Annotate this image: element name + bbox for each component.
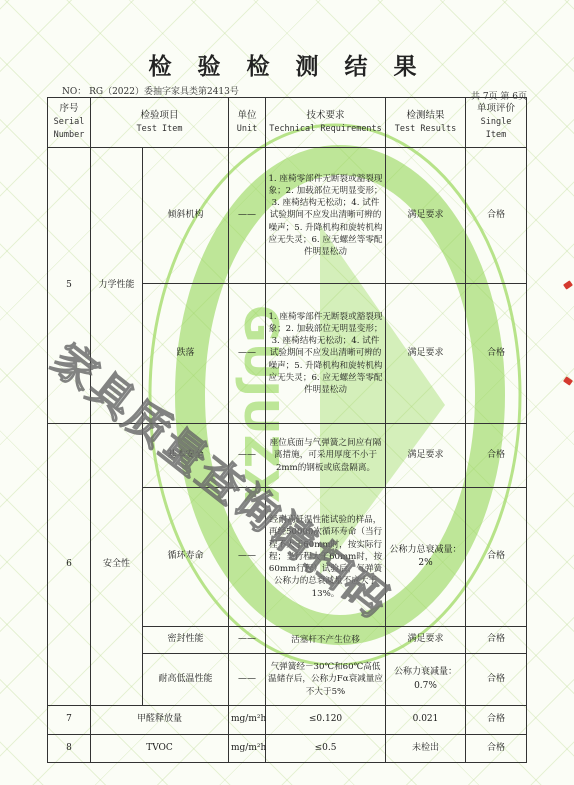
- requirement-cell: ≤0.5: [266, 735, 386, 763]
- requirement-cell: 活塞杆不产生位移: [266, 627, 386, 654]
- unit-cell: ——: [229, 284, 266, 424]
- unit-cell: mg/m²h: [229, 735, 266, 763]
- verdict-cell: 合格: [466, 735, 527, 763]
- header-serial: 序号 Serial Number: [48, 98, 91, 148]
- result-cell: 满足要求: [386, 148, 466, 284]
- category-cell: 安全性: [91, 424, 143, 706]
- serial-cell: 6: [48, 424, 91, 706]
- requirement-cell: 1. 座椅零部件无断裂或豁裂现象；2. 加载部位无明显变形；3. 座椅结构无松动…: [266, 148, 386, 284]
- verdict-cell: 合格: [466, 284, 527, 424]
- test-item-cell: 密封性能: [143, 627, 229, 654]
- serial-cell: 7: [48, 706, 91, 735]
- result-cell: 0.021: [386, 706, 466, 735]
- results-table: 序号 Serial Number 检验项目 Test Item 单位 Unit …: [47, 97, 527, 763]
- requirement-cell: ≤0.120: [266, 706, 386, 735]
- requirement-cell: 经耐高低温性能试验的样品，再经50000次循环寿命（当行程不大于60mm时，按实…: [266, 488, 386, 627]
- header-technical-requirements: 技术要求 Technical Requirements: [266, 98, 386, 148]
- table-row: 8 TVOC mg/m²h ≤0.5 未检出 合格: [48, 735, 527, 763]
- page-title: 检 验 检 测 结 果: [0, 48, 574, 81]
- header-single-item: 单项评价 Single Item: [466, 98, 527, 148]
- table-row: 6 安全性 基本安全 —— 座位底面与气弹簧之间应有隔离措施，可采用厚度不小于2…: [48, 424, 527, 488]
- unit-cell: ——: [229, 488, 266, 627]
- table-row: 7 甲醛释放量 mg/m²h ≤0.120 0.021 合格: [48, 706, 527, 735]
- verdict-cell: 合格: [466, 706, 527, 735]
- report-number: NO： RG（2022）委抽字家具类第2413号: [62, 84, 239, 97]
- unit-cell: mg/m²h: [229, 706, 266, 735]
- result-cell: 未检出: [386, 735, 466, 763]
- category-cell: 力学性能: [91, 148, 143, 424]
- result-cell: 满足要求: [386, 284, 466, 424]
- test-item-cell: 循环寿命: [143, 488, 229, 627]
- requirement-cell: 气弹簧经－30℃和60℃高低温储存后，公称力Fα衰减量应不大于5%: [266, 654, 386, 706]
- requirement-cell: 1. 座椅零部件无断裂或豁裂现象；2. 加载部位无明显变形；3. 座椅结构无松动…: [266, 284, 386, 424]
- header-test-item: 检验项目 Test Item: [91, 98, 229, 148]
- unit-cell: ——: [229, 148, 266, 284]
- test-item-cell: 耐高低温性能: [143, 654, 229, 706]
- verdict-cell: 合格: [466, 627, 527, 654]
- test-item-cell: 倾斜机构: [143, 148, 229, 284]
- test-item-cell: 甲醛释放量: [91, 706, 229, 735]
- result-cell: 满足要求: [386, 424, 466, 488]
- verdict-cell: 合格: [466, 148, 527, 284]
- unit-cell: ——: [229, 627, 266, 654]
- table-header-row: 序号 Serial Number 检验项目 Test Item 单位 Unit …: [48, 98, 527, 148]
- result-cell: 满足要求: [386, 627, 466, 654]
- requirement-cell: 座位底面与气弹簧之间应有隔离措施，可采用厚度不小于2mm的钢板或底盘隔离。: [266, 424, 386, 488]
- header-test-results: 检测结果 Test Results: [386, 98, 466, 148]
- test-item-cell: 跌落: [143, 284, 229, 424]
- result-cell: 公称力衰减量：0.7%: [386, 654, 466, 706]
- unit-cell: ——: [229, 654, 266, 706]
- table-row: 5 力学性能 倾斜机构 —— 1. 座椅零部件无断裂或豁裂现象；2. 加载部位无…: [48, 148, 527, 284]
- header-unit: 单位 Unit: [229, 98, 266, 148]
- verdict-cell: 合格: [466, 654, 527, 706]
- result-cell: 公称力总衰减量：2%: [386, 488, 466, 627]
- test-item-cell: 基本安全: [143, 424, 229, 488]
- test-item-cell: TVOC: [91, 735, 229, 763]
- serial-cell: 8: [48, 735, 91, 763]
- serial-cell: 5: [48, 148, 91, 424]
- verdict-cell: 合格: [466, 488, 527, 627]
- verdict-cell: 合格: [466, 424, 527, 488]
- unit-cell: ——: [229, 424, 266, 488]
